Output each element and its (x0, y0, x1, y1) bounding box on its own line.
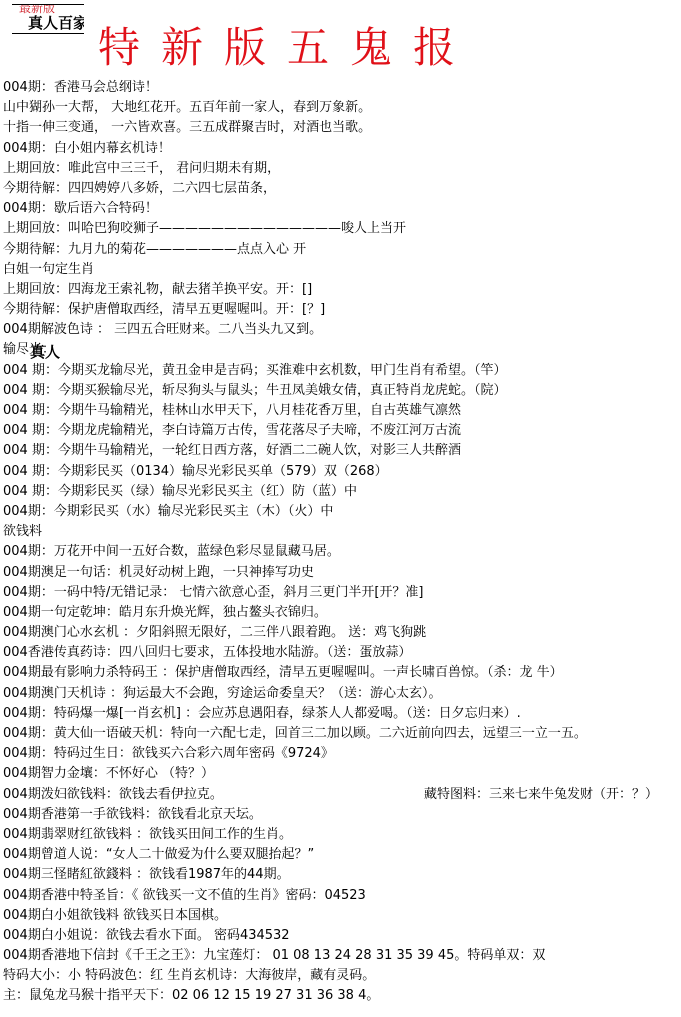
text-line: 004期香港第一手欲钱料：欲钱看北京天坛。 (3, 805, 681, 825)
text-line: 004 期：今期买龙输尽光，黄丑金申是吉码；买淮难中玄机数，甲门生肖有希望。（竿… (3, 361, 681, 381)
logo-box: 最新版 真人百家 (12, 4, 84, 34)
text-line: 今期待解：九月九的菊花———————点点入心 开 (3, 240, 681, 260)
text-line: 004期解波色诗 ： 三四五合旺财来。二八当头九又到。 (3, 320, 681, 340)
text-line: 004期：特码爆一爆[一肖玄机] ：会应苏息遇阳春，绿茶人人都爱喝。（送：日夕忘… (3, 704, 681, 724)
text-line: 004期：黄大仙一语破天机：特向一六配七走，回首三二加以顾。二六近前向四去，远望… (3, 724, 681, 744)
text-line: 004期白小姐说：欲钱去看水下面。 密码434532 (3, 926, 681, 946)
text-line: 004 期：今期彩民买（绿）输尽光彩民买主（红）防（蓝）中 (3, 482, 681, 502)
text-line: 004期翡翠财红欲钱料 ：欲钱买田间工作的生肖。 (3, 825, 681, 845)
text-line: 004期白小姐欲钱料 欲钱买日本国棋。 (3, 906, 681, 926)
text-line: 白姐一句定生肖 (3, 260, 681, 280)
text-line: 上期回放：四海龙王索礼物，献去猪羊换平安。开：[] (3, 280, 681, 300)
text-line-with-side-note: 004期泼妇欲钱料：欲钱去看伊拉克。 藏特图料：三来七来牛兔发财（开：？） (3, 785, 681, 805)
text-line: 今期待解：四四娉婷八多娇，二六四七层苗条， (3, 179, 681, 199)
text-line: 004期智力金壤：不怀好心 （特？） (3, 764, 681, 784)
side-note: 藏特图料：三来七来牛兔发财（开：？） (424, 785, 658, 805)
text-line: 004期：香港马会总纲诗！ (3, 78, 681, 98)
text-line: 山中猢孙一大帮， 大地红花开。五百年前一家人，春到万象新。 (3, 98, 681, 118)
text-line: 上期回放：唯此宫中三三千， 君问归期未有期， (3, 159, 681, 179)
text-line: 004 期：今期牛马输精光，一轮红日西方落，好酒二二碗人饮，对影三人共醉酒 (3, 441, 681, 461)
text-line: 004期澳门心水玄机 ：夕阳斜照无限好，二三伴八跟着跑。 送：鸡飞狗跳 (3, 623, 681, 643)
text-line: 004期最有影响力杀特码王 ：保护唐僧取西经，清早五更喔喔叫。一声长啸百兽惊。（… (3, 663, 681, 683)
text-line: 004期香港地下信封《千王之王》：九宝莲灯： 01 08 13 24 28 31… (3, 946, 681, 966)
text-line: 上期回放：叫哈巴狗咬狮子——————————————唆人上当开 (3, 219, 681, 239)
page-header: 最新版 真人百家 特新版五鬼报 (0, 0, 681, 78)
overlay-watermark-text: 真人 (30, 344, 60, 360)
text-line: 今期待解：保护唐僧取西经，清早五更喔喔叫。开：[？] (3, 300, 681, 320)
text-line: 004期：一码中特/无错记录： 七情六欲意心歪，斜月三更门半开[开？准] (3, 583, 681, 603)
text-line: 主：鼠兔龙马猴十指平天下：02 06 12 15 19 27 31 36 38 … (3, 986, 681, 1006)
text-line: 004期香港中特圣旨：《 欲钱买一文不值的生肖》密码：04523 (3, 886, 681, 906)
logo-text: 真人百家 (28, 15, 84, 31)
text-line: 004期：今期彩民买（水）输尽光彩民买主（木）（火）中 (3, 502, 681, 522)
text-line: 十指一伸三变通， 一六皆欢喜。三五成群聚吉时，对酒也当歌。 (3, 118, 681, 138)
text-line: 004 期：今期买猴输尽光，斩尽狗头与鼠头；牛丑凤美娥女倩，真正特肖龙虎蛇。（院… (3, 381, 681, 401)
text-line: 004香港传真药诗：四八回归七要求，五体投地水陆游。（送：蛋放蒜） (3, 643, 681, 663)
text-line: 004期：万花开中间一五好合数，蓝绿色彩尽显鼠藏马居。 (3, 542, 681, 562)
text-line: 特码大小：小 特码波色：红 生肖玄机诗：大海彼岸，藏有灵码。 (3, 966, 681, 986)
text-line: 004期澳门天机诗 ：狗运最大不会跑，穷途运命委皇天？（送：游心太玄）。 (3, 684, 681, 704)
text-line: 欲钱料 (3, 522, 681, 542)
text-line: 004期：特码过生日：欲钱买六合彩六周年密码《9724》 (3, 744, 681, 764)
text-line: 004期一句定乾坤：皓月东升焕光辉，独占鳌头衣锦归。 (3, 603, 681, 623)
text-line: 004 期：今期龙虎输精光，李白诗篇万古传，雪花落尽子夫啼，不废江河万古流 (3, 421, 681, 441)
text-line-main: 004期泼妇欲钱料：欲钱去看伊拉克。 (3, 787, 223, 802)
text-line: 004期三怪睹紅欲錢料 ：欲钱看1987年的44期。 (3, 865, 681, 885)
text-line: 输尽光： (3, 340, 681, 360)
text-line: 004期曾道人说：“女人二十做爱为什么要双腿抬起？” (3, 845, 681, 865)
text-line: 004 期：今期彩民买（0134）输尽光彩民买单（579）双（268） (3, 462, 681, 482)
document-body: 004期：香港马会总纲诗！ 山中猢孙一大帮， 大地红花开。五百年前一家人，春到万… (3, 78, 681, 1007)
page-title: 特新版五鬼报 (98, 22, 476, 74)
text-line: 004期：歇后语六合特码！ (3, 199, 681, 219)
text-line: 004 期：今期牛马输精光，桂林山水甲天下，八月桂花香万里，自古英雄气凛然 (3, 401, 681, 421)
text-line: 004期：白小姐内幕玄机诗！ (3, 139, 681, 159)
text-line: 004期澳足一句话：机灵好动树上跑，一只神捧写功史 (3, 563, 681, 583)
